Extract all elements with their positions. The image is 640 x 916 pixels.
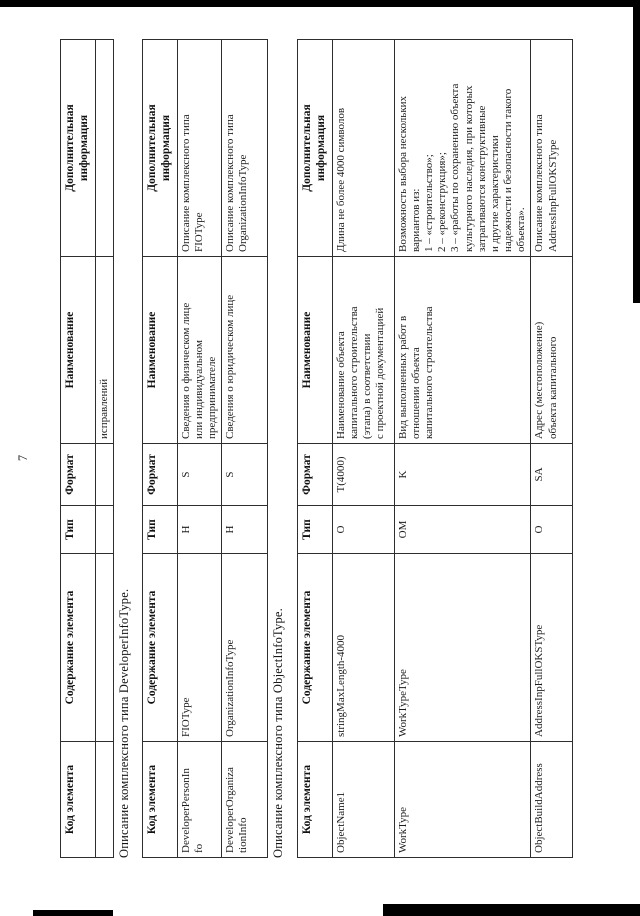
cell-content: WorkTypeType [394,554,531,742]
cell-content: stringMaxLength-4000 [332,554,394,742]
table-objectinfotype: Код элемента Содержание элемента Тип Фор… [297,39,573,858]
table-row: ObjectBuildAddress AddressInpFullOKSType… [531,40,573,858]
cell-name: Сведения о физическом лице или индивидуа… [177,257,222,444]
scan-artifact-bottom-right [383,904,640,916]
scan-artifact-right-edge [633,0,640,303]
cell-type: H [222,506,268,554]
table-header-row: Код элемента Содержание элемента Тип Фор… [61,40,96,858]
cell-info: Описание комплексного типа AddressInpFul… [531,40,573,257]
cell-code: DeveloperPersonIn fo [177,742,222,858]
cell-format [95,444,113,506]
column-header-type: Тип [298,506,333,554]
table-developerinfotype: Код элемента Содержание элемента Тип Фор… [142,39,268,858]
column-header-format: Формат [61,444,96,506]
column-header-format: Формат [298,444,333,506]
cell-type: O [332,506,394,554]
scan-artifact-top-edge [0,0,640,7]
cell-format: S [222,444,268,506]
column-header-content: Содержание элемента [143,554,178,742]
cell-name: Вид выполненных работ в отношении объект… [394,257,531,444]
cell-type: H [177,506,222,554]
cell-content: FIOType [177,554,222,742]
column-header-code: Код элемента [298,742,333,858]
table-continuation: Код элемента Содержание элемента Тип Фор… [60,39,114,858]
cell-type: OM [394,506,531,554]
column-header-info: Дополнительная информация [143,40,178,257]
page-number: 7 [16,0,31,916]
column-header-type: Тип [61,506,96,554]
column-header-info: Дополнительная информация [61,40,96,257]
column-header-name: Наименование [298,257,333,444]
column-header-format: Формат [143,444,178,506]
scan-artifact-bottom-left [33,910,113,916]
cell-info: Возможность выбора нескольких вариантов … [394,40,531,257]
cell-content [95,554,113,742]
table-row: DeveloperOrganiza tionInfo OrganizationI… [222,40,268,858]
cell-name: Сведения о юридическом лице [222,257,268,444]
column-header-content: Содержание элемента [61,554,96,742]
column-header-code: Код элемента [143,742,178,858]
table-row: ObjectName1 stringMaxLength-4000 O T(400… [332,40,394,858]
cell-info [95,40,113,257]
cell-info: Описание комплексного типа FIOType [177,40,222,257]
column-header-type: Тип [143,506,178,554]
table-row: DeveloperPersonIn fo FIOType H S Сведени… [177,40,222,858]
cell-name: исправлений [95,257,113,444]
table-row: исправлений [95,40,113,858]
column-header-content: Содержание элемента [298,554,333,742]
cell-content: OrganizationInfoType [222,554,268,742]
cell-code [95,742,113,858]
cell-type: O [531,506,573,554]
cell-code: DeveloperOrganiza tionInfo [222,742,268,858]
cell-info: Описание комплексного типа OrganizationI… [222,40,268,257]
table-row: WorkType WorkTypeType OM K Вид выполненн… [394,40,531,858]
column-header-name: Наименование [143,257,178,444]
cell-content: AddressInpFullOKSType [531,554,573,742]
cell-name: Наименование объекта капитального строит… [332,257,394,444]
cell-format: S [177,444,222,506]
cell-code: ObjectBuildAddress [531,742,573,858]
column-header-code: Код элемента [61,742,96,858]
table-header-row: Код элемента Содержание элемента Тип Фор… [143,40,178,858]
column-header-info: Дополнительная информация [298,40,333,257]
caption-objectinfotype: Описание комплексного типа ObjectInfoTyp… [271,38,286,858]
table-header-row: Код элемента Содержание элемента Тип Фор… [298,40,333,858]
caption-developerinfotype: Описание комплексного типа DeveloperInfo… [117,38,132,858]
column-header-name: Наименование [61,257,96,444]
cell-format: T(4000) [332,444,394,506]
cell-code: ObjectName1 [332,742,394,858]
cell-type [95,506,113,554]
cell-format: SA [531,444,573,506]
cell-name: Адрес (местоположение) объекта капитальн… [531,257,573,444]
scanned-document-page: 7 Код элемента Содержание элемента Тип Ф… [0,0,640,916]
cell-format: K [394,444,531,506]
cell-code: WorkType [394,742,531,858]
rotated-page-content: 7 Код элемента Содержание элемента Тип Ф… [0,0,640,916]
cell-info: Длина не более 4000 символов [332,40,394,257]
